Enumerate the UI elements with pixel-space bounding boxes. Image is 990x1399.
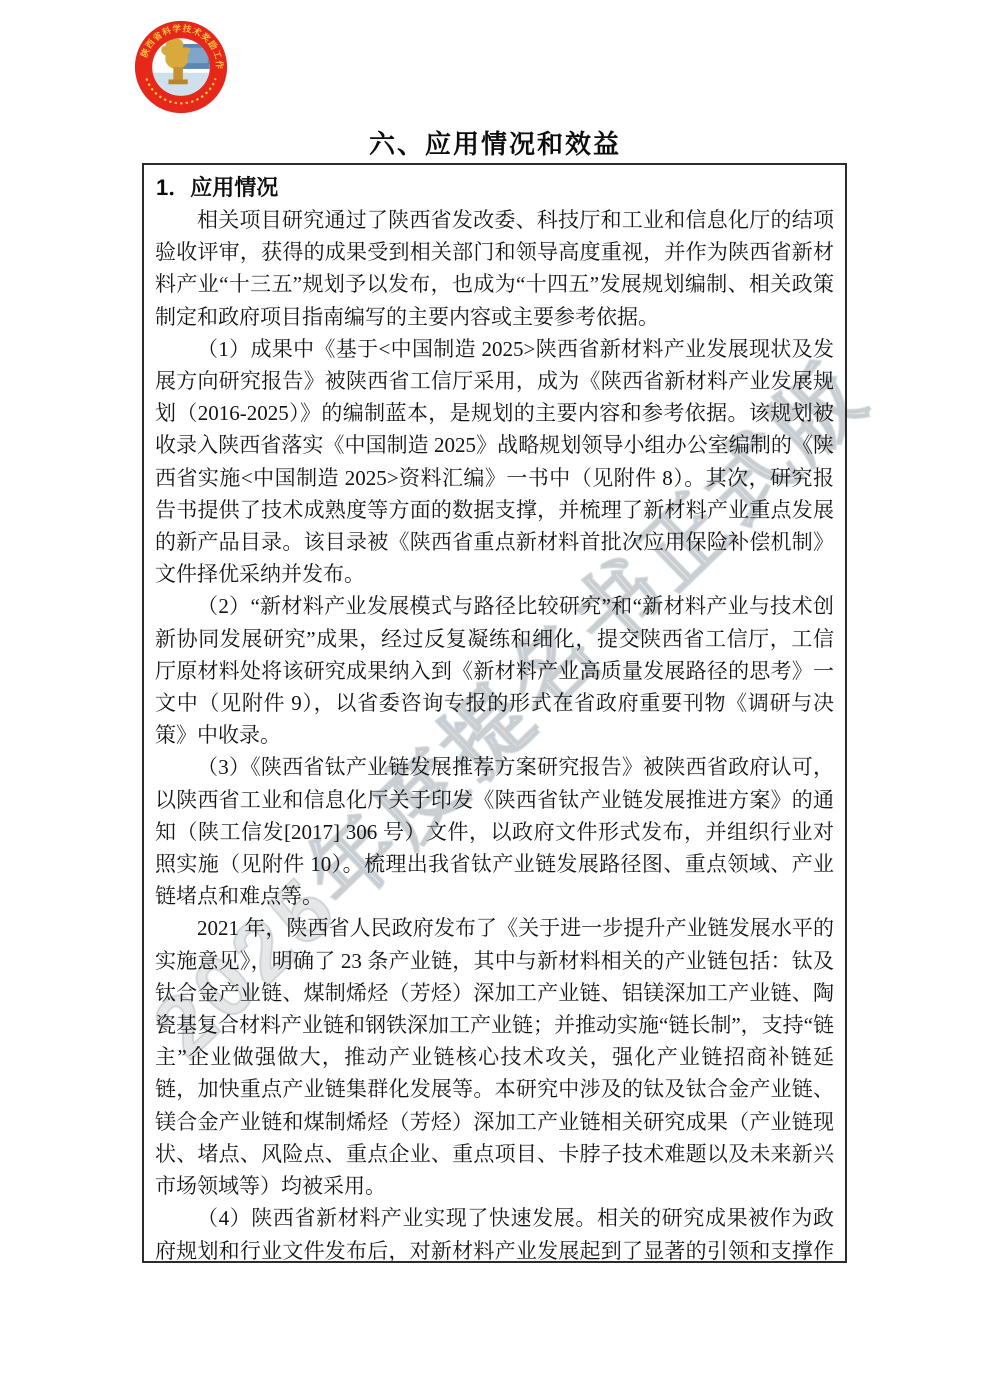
document-page: { "page": { "watermark_text": "2025年度提名书…	[0, 0, 990, 1399]
content-box: 1．应用情况 相关项目研究通过了陕西省发改委、科技厅和工业和信息化厅的结项验收评…	[142, 163, 847, 1263]
paragraph-result-3: （3）《陕西省钛产业链发展推荐方案研究报告》被陕西省政府认可，以陕西省工业和信息…	[155, 751, 834, 912]
section-heading: 1．应用情况	[156, 172, 834, 203]
award-office-seal-logo: 陕西省科学技术奖励工作办公室	[133, 19, 229, 115]
paragraph-result-1: （1）成果中《基于<中国制造 2025>陕西省新材料产业发展现状及发展方向研究报…	[155, 333, 834, 591]
paragraph-application-overview: 相关项目研究通过了陕西省发改委、科技厅和工业和信息化厅的结项验收评审，获得的成果…	[155, 204, 834, 333]
page-title: 六、应用情况和效益	[0, 124, 990, 161]
paragraph-result-4: （4）陕西省新材料产业实现了快速发展。相关的研究成果被作为政府规划和行业文件发布…	[155, 1202, 834, 1263]
seal-icon: 陕西省科学技术奖励工作办公室	[133, 19, 229, 115]
paragraph-result-2: （2）“新材料产业发展模式与路径比较研究”和“新材料产业与技术创新协同发展研究”…	[155, 590, 834, 751]
paragraph-industry-chains-2021: 2021 年，陕西省人民政府发布了《关于进一步提升产业链发展水平的实施意见》，明…	[155, 912, 834, 1202]
